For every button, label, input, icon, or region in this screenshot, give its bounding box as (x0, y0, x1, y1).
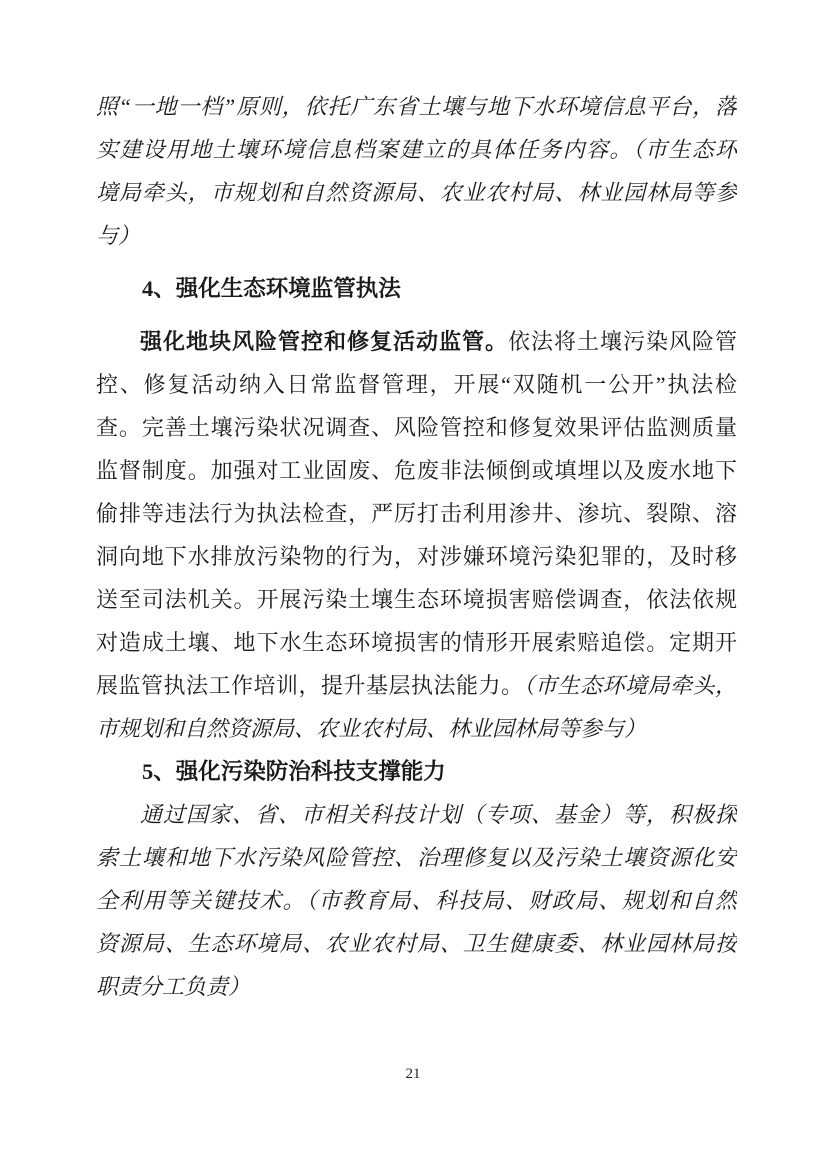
text-line: 偷排等违法行为执法检查，严厉打击利用渗井、渗坑、裂隙、溶 (96, 492, 737, 535)
text-line: 监督制度。加强对工业固废、危废非法倾倒或填埋以及废水地下 (96, 449, 737, 492)
document-content: 照“一地一档”原则，依托广东省土壤与地下水环境信息平台，落 实建设用地土壤环境信… (96, 85, 737, 1008)
bold-lead-sentence: 强化地块风险管控和修复活动监管。 (140, 329, 508, 354)
text-line: 实建设用地土壤环境信息档案建立的具体任务内容。（市生态环 (96, 128, 737, 171)
attribution-segment: （市生态环境局牵头， (523, 673, 737, 698)
paragraph-section-4: 强化地块风险管控和修复活动监管。依法将土壤污染风险管 控、修复活动纳入日常监督管… (96, 320, 737, 750)
text-segment: 依法将土壤污染风险管 (508, 329, 737, 354)
text-line: 送至司法机关。开展污染土壤生态环境损害赔偿调查，依法依规 (96, 578, 737, 621)
section-heading-5: 5、强化污染防治科技支撑能力 (96, 750, 737, 793)
text-line: 通过国家、省、市相关科技计划（专项、基金）等，积极探 (96, 793, 737, 836)
text-line: 职责分工负责） (96, 965, 737, 1008)
text-line: 与） (96, 214, 737, 257)
text-segment: 展监管执法工作培训，提升基层执法能力。 (96, 673, 523, 698)
text-line: 控、修复活动纳入日常监督管理，开展“双随机一公开”执法检 (96, 363, 737, 406)
attribution-line: 市规划和自然资源局、农业农村局、林业园林局等参与） (96, 707, 737, 750)
text-line: 对造成土壤、地下水生态环境损害的情形开展索赔追偿。定期开 (96, 621, 737, 664)
text-line: 强化地块风险管控和修复活动监管。依法将土壤污染风险管 (96, 320, 737, 363)
text-line: 洞向地下水排放污染物的行为，对涉嫌环境污染犯罪的，及时移 (96, 535, 737, 578)
text-line: 展监管执法工作培训，提升基层执法能力。（市生态环境局牵头， (96, 664, 737, 707)
text-line: 境局牵头，市规划和自然资源局、农业农村局、林业园林局等参 (96, 171, 737, 214)
section-heading-4: 4、强化生态环境监管执法 (96, 267, 737, 310)
document-page: 照“一地一档”原则，依托广东省土壤与地下水环境信息平台，落 实建设用地土壤环境信… (0, 0, 826, 1169)
text-line: 资源局、生态环境局、农业农村局、卫生健康委、林业园林局按 (96, 922, 737, 965)
text-line: 索土壤和地下水污染风险管控、治理修复以及污染土壤资源化安 (96, 836, 737, 879)
text-line: 全利用等关键技术。（市教育局、科技局、财政局、规划和自然 (96, 879, 737, 922)
paragraph-continuation: 照“一地一档”原则，依托广东省土壤与地下水环境信息平台，落 实建设用地土壤环境信… (96, 85, 737, 257)
page-number: 21 (0, 1066, 826, 1083)
text-line: 查。完善土壤污染状况调查、风险管控和修复效果评估监测质量 (96, 406, 737, 449)
paragraph-section-5: 通过国家、省、市相关科技计划（专项、基金）等，积极探 索土壤和地下水污染风险管控… (96, 793, 737, 1008)
text-line: 照“一地一档”原则，依托广东省土壤与地下水环境信息平台，落 (96, 85, 737, 128)
